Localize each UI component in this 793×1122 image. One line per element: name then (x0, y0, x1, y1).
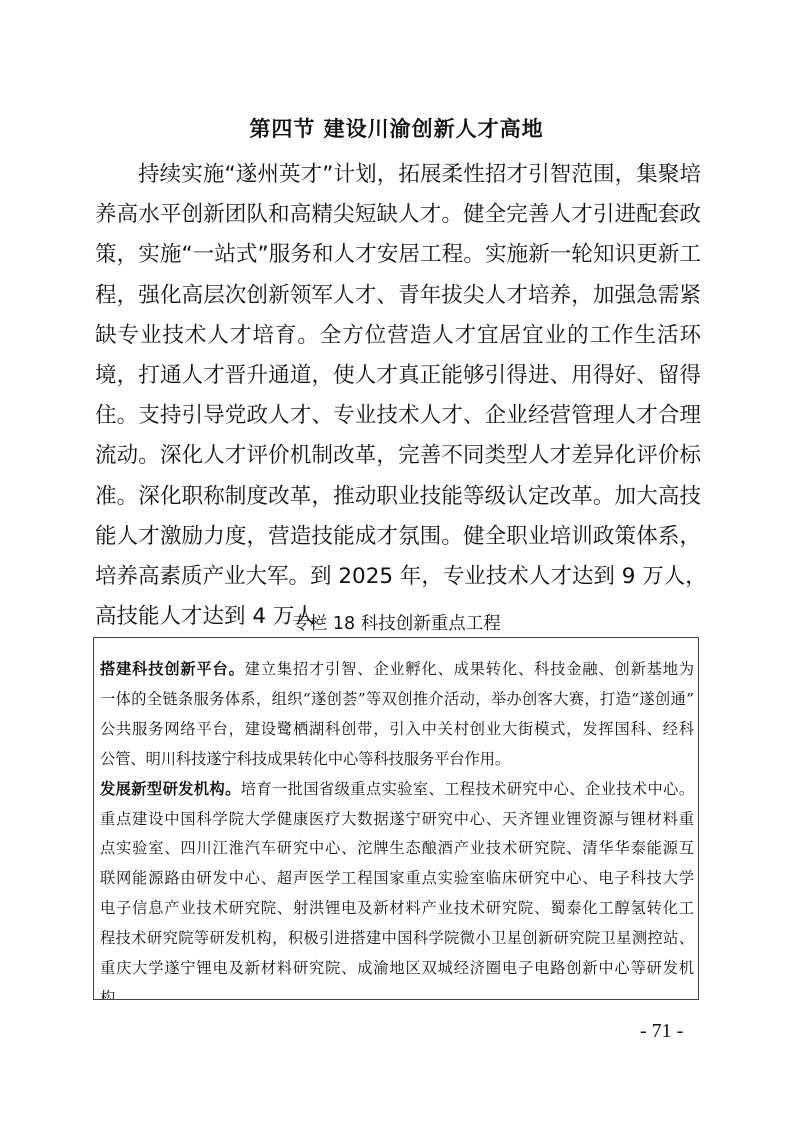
box-line: 构。 (100, 984, 694, 1000)
box-caption: 专栏 18 科技创新重点工程 (0, 610, 793, 635)
paragraph-line: 持续实施“遂州英才”计划，拓展柔性招才引智范围，集聚培 (95, 155, 701, 195)
paragraph-line: 程，强化高层次创新领军人才、青年拔尖人才培养，加强急需紧 (95, 276, 701, 316)
paragraph-line: 准。深化职称制度改革，推动职业技能等级认定改革。加大高技 (95, 477, 701, 517)
box-line-text: 公共服务网络平台，建设鹭栖湖科创带，引入中关村创业大街模式，发挥国科、经科 (100, 720, 694, 738)
box-line-text: 培育一批国省级重点实验室、工程技术研究中心、企业技术中心。 (241, 780, 694, 798)
paragraph-line: 策，实施“一站式”服务和人才安居工程。实施新一轮知识更新工 (95, 235, 701, 275)
box-line-text: 电子信息产业技术研究院、射洪锂电及新材料产业技术研究院、蜀泰化工醇氢转化工 (100, 899, 694, 917)
box-item-heading: 搭建科技创新平台。 (100, 660, 245, 678)
box-line-text: 联网能源路由研发中心、超声医学工程国家重点实验室临床研究中心、电子科技大学 (100, 869, 694, 887)
box-line: 一体的全链条服务体系，组织“遂创荟”等双创推介活动，举办创客大赛，打造“遂创通” (100, 685, 694, 715)
body-paragraph: 持续实施“遂州英才”计划，拓展柔性招才引智范围，集聚培 养高水平创新团队和高精尖… (95, 155, 701, 637)
box-line: 重庆大学遂宁锂电及新材料研究院、成渝地区双城经济圈电子电路创新中心等研发机 (100, 954, 694, 984)
box-line-text: 建立集招才引智、企业孵化、成果转化、科技金融、创新基地为 (245, 660, 694, 678)
box-line-text: 重点建设中国科学院大学健康医疗大数据遂宁研究中心、天齐锂业锂资源与锂材料重 (100, 810, 694, 828)
box-line: 公管、明川科技遂宁科技成果转化中心等科技服务平台作用。 (100, 745, 694, 775)
paragraph-line: 住。支持引导党政人才、专业技术人才、企业经营管理人才合理 (95, 396, 701, 436)
paragraph-line: 能人才激励力度，营造技能成才氛围。健全职业培训政策体系， (95, 517, 701, 557)
box-line-text: 重庆大学遂宁锂电及新材料研究院、成渝地区双城经济圈电子电路创新中心等研发机 (100, 959, 694, 977)
box-line: 联网能源路由研发中心、超声医学工程国家重点实验室临床研究中心、电子科技大学 (100, 864, 694, 894)
paragraph-line: 养高水平创新团队和高精尖短缺人才。健全完善人才引进配套政 (95, 195, 701, 235)
box-line-text: 一体的全链条服务体系，组织“遂创荟”等双创推介活动，举办创客大赛，打造“遂创通” (100, 690, 694, 708)
box-line-text: 构。 (100, 989, 130, 1000)
box-line-text: 公管、明川科技遂宁科技成果转化中心等科技服务平台作用。 (100, 750, 510, 768)
box-line: 公共服务网络平台，建设鹭栖湖科创带，引入中关村创业大街模式，发挥国科、经科 (100, 715, 694, 745)
box-item-heading: 发展新型研发机构。 (100, 780, 241, 798)
box-line: 搭建科技创新平台。建立集招才引智、企业孵化、成果转化、科技金融、创新基地为 (100, 655, 694, 685)
feature-box-content: 搭建科技创新平台。建立集招才引智、企业孵化、成果转化、科技金融、创新基地为 一体… (100, 655, 694, 1000)
paragraph-line: 缺专业技术人才培育。全方位营造人才宜居宜业的工作生活环 (95, 316, 701, 356)
feature-box: 搭建科技创新平台。建立集招才引智、企业孵化、成果转化、科技金融、创新基地为 一体… (93, 637, 699, 1000)
box-line-text: 程技术研究院等研发机构，积极引进搭建中国科学院微小卫星创新研究院卫星测控站、 (100, 929, 694, 947)
box-line: 点实验室、四川江淮汽车研究中心、沱牌生态酿酒产业技术研究院、清华华泰能源互 (100, 834, 694, 864)
document-page: 第四节 建设川渝创新人才高地 持续实施“遂州英才”计划，拓展柔性招才引智范围，集… (0, 0, 793, 1122)
box-line-text: 点实验室、四川江淮汽车研究中心、沱牌生态酿酒产业技术研究院、清华华泰能源互 (100, 839, 694, 857)
box-line: 电子信息产业技术研究院、射洪锂电及新材料产业技术研究院、蜀泰化工醇氢转化工 (100, 894, 694, 924)
paragraph-line: 培养高素质产业大军。到 2025 年，专业技术人才达到 9 万人， (95, 557, 701, 597)
paragraph-line: 流动。深化人才评价机制改革，完善不同类型人才差异化评价标 (95, 436, 701, 476)
box-line: 程技术研究院等研发机构，积极引进搭建中国科学院微小卫星创新研究院卫星测控站、 (100, 924, 694, 954)
box-line: 发展新型研发机构。培育一批国省级重点实验室、工程技术研究中心、企业技术中心。 (100, 775, 694, 805)
box-line: 重点建设中国科学院大学健康医疗大数据遂宁研究中心、天齐锂业锂资源与锂材料重 (100, 805, 694, 835)
page-number: - 71 - (640, 1020, 683, 1043)
paragraph-line: 境，打通人才晋升通道，使人才真正能够引得进、用得好、留得 (95, 356, 701, 396)
section-title: 第四节 建设川渝创新人才高地 (0, 113, 793, 143)
